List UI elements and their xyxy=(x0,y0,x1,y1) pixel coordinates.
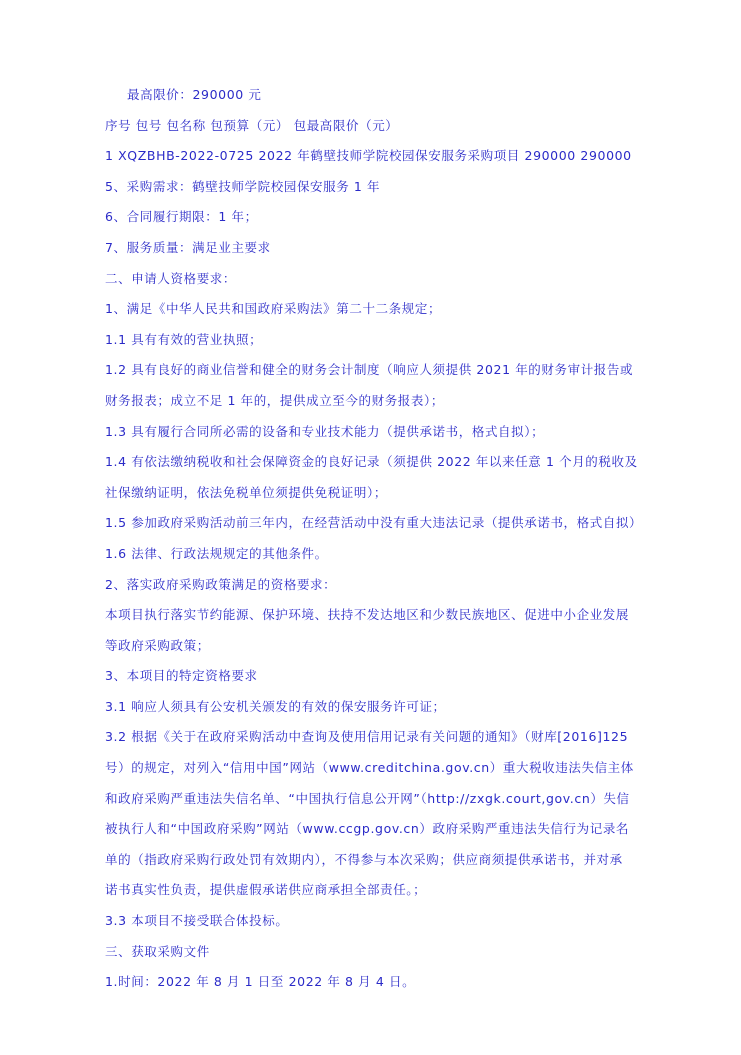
document-page: 最高限价：290000 元 序号 包号 包名称 包预算（元） 包最高限价（元） … xyxy=(0,0,741,1055)
paragraph-line: 1.3 具有履行合同所必需的设备和专业技术能力（提供承诺书，格式自拟）； xyxy=(105,421,645,452)
paragraph-line: 2、落实政府采购政策满足的资格要求： xyxy=(105,574,645,605)
paragraph-line: 和政府采购严重违法失信名单、“中国执行信息公开网”（http://zxgk.co… xyxy=(105,788,645,819)
section-heading-qualifications: 二、申请人资格要求： xyxy=(105,268,645,299)
paragraph-line: 3、本项目的特定资格要求 xyxy=(105,665,645,696)
table-row-line: 1 XQZBHB-2022-0725 2022 年鹤壁技师学院校园保安服务采购项… xyxy=(105,145,645,176)
paragraph-line: 诺书真实性负责，提供虚假承诺供应商承担全部责任。； xyxy=(105,879,645,910)
paragraph-line: 社保缴纳证明，依法免税单位须提供免税证明）； xyxy=(105,482,645,513)
paragraph-line: 3.2 根据《关于在政府采购活动中查询及使用信用记录有关问题的通知》（财库[20… xyxy=(105,726,645,757)
paragraph-line: 1.1 具有有效的营业执照； xyxy=(105,329,645,360)
paragraph-line: 号）的规定，对列入“信用中国”网站（www.creditchina.gov.cn… xyxy=(105,757,645,788)
paragraph-line: 财务报表；成立不足 1 年的，提供成立至今的财务报表）； xyxy=(105,390,645,421)
paragraph-line: 被执行人和“中国政府采购”网站（www.ccgp.gov.cn）政府采购严重违法… xyxy=(105,818,645,849)
paragraph-line: 单的（指政府采购行政处罚有效期内），不得参与本次采购；供应商须提供承诺书，并对承 xyxy=(105,849,645,880)
paragraph-line: 1.4 有依法缴纳税收和社会保障资金的良好记录（须提供 2022 年以来任意 1… xyxy=(105,451,645,482)
paragraph-line: 1.时间：2022 年 8 月 1 日至 2022 年 8 月 4 日。 xyxy=(105,971,645,1002)
procurement-requirement: 5、采购需求：鹤壁技师学院校园保安服务 1 年 xyxy=(105,176,645,207)
table-header-line: 序号 包号 包名称 包预算（元） 包最高限价（元） xyxy=(105,115,645,146)
paragraph-line: 本项目执行落实节约能源、保护环境、扶持不发达地区和少数民族地区、促进中小企业发展 xyxy=(105,604,645,635)
paragraph-line: 3.1 响应人须具有公安机关颁发的有效的保安服务许可证； xyxy=(105,696,645,727)
paragraph-line: 1.2 具有良好的商业信誉和健全的财务会计制度（响应人须提供 2021 年的财务… xyxy=(105,359,645,390)
paragraph-line: 1.5 参加政府采购活动前三年内，在经营活动中没有重大违法记录（提供承诺书，格式… xyxy=(105,512,645,543)
paragraph-line: 等政府采购政策； xyxy=(105,635,645,666)
contract-period: 6、合同履行期限：1 年； xyxy=(105,206,645,237)
max-price-line: 最高限价：290000 元 xyxy=(105,84,645,115)
service-quality: 7、服务质量：满足业主要求 xyxy=(105,237,645,268)
section-heading-obtain-documents: 三、获取采购文件 xyxy=(105,941,645,972)
document-body: 最高限价：290000 元 序号 包号 包名称 包预算（元） 包最高限价（元） … xyxy=(105,84,645,1002)
paragraph-line: 3.3 本项目不接受联合体投标。 xyxy=(105,910,645,941)
paragraph-line: 1、满足《中华人民共和国政府采购法》第二十二条规定； xyxy=(105,298,645,329)
paragraph-line: 1.6 法律、行政法规规定的其他条件。 xyxy=(105,543,645,574)
